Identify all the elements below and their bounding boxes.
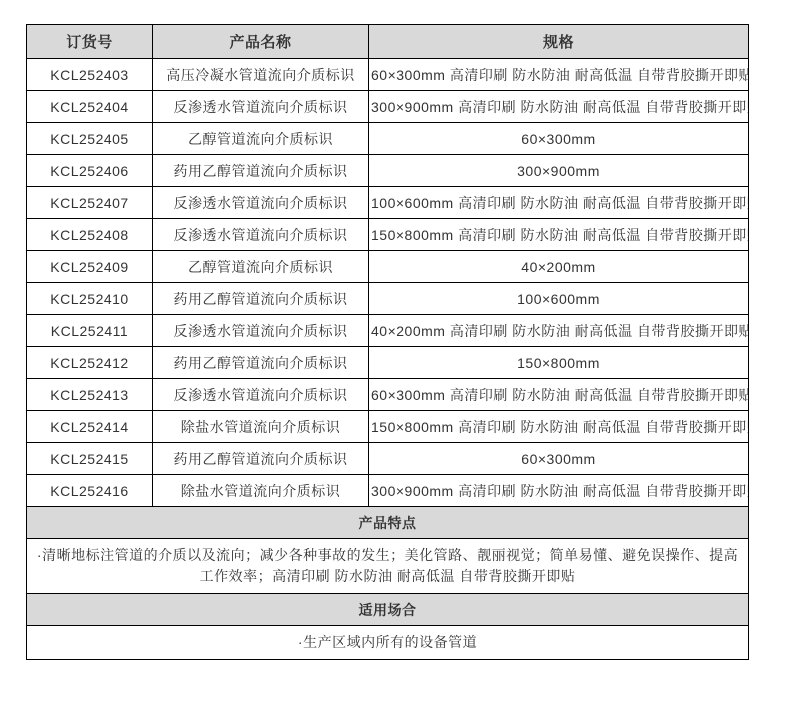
cell-spec: 60×300mm <box>369 123 749 155</box>
cell-spec: 100×600mm <box>369 283 749 315</box>
cell-order-no: KCL252404 <box>27 91 153 123</box>
cell-product-name: 除盐水管道流向介质标识 <box>153 411 369 443</box>
cell-product-name: 反渗透水管道流向介质标识 <box>153 379 369 411</box>
table-row: KCL252403 高压冷凝水管道流向介质标识 60×300mm 高清印刷 防水… <box>27 59 749 91</box>
cell-spec: 300×900mm <box>369 155 749 187</box>
cell-order-no: KCL252408 <box>27 219 153 251</box>
column-header-order-no: 订货号 <box>27 25 153 59</box>
cell-spec: 300×900mm 高清印刷 防水防油 耐高低温 自带背胶撕开即贴 <box>369 91 749 123</box>
product-rows: KCL252403 高压冷凝水管道流向介质标识 60×300mm 高清印刷 防水… <box>27 59 749 507</box>
table-row: KCL252416 除盐水管道流向介质标识 300×900mm 高清印刷 防水防… <box>27 475 749 507</box>
table-row: KCL252413 反渗透水管道流向介质标识 60×300mm 高清印刷 防水防… <box>27 379 749 411</box>
cell-order-no: KCL252412 <box>27 347 153 379</box>
cell-order-no: KCL252411 <box>27 315 153 347</box>
usage-section: 适用场合 ·生产区域内所有的设备管道 <box>27 594 749 660</box>
table-row: KCL252404 反渗透水管道流向介质标识 300×900mm 高清印刷 防水… <box>27 91 749 123</box>
cell-order-no: KCL252410 <box>27 283 153 315</box>
table-row: KCL252408 反渗透水管道流向介质标识 150×800mm 高清印刷 防水… <box>27 219 749 251</box>
cell-product-name: 反渗透水管道流向介质标识 <box>153 219 369 251</box>
cell-product-name: 药用乙醇管道流向介质标识 <box>153 443 369 475</box>
table-row: KCL252414 除盐水管道流向介质标识 150×800mm 高清印刷 防水防… <box>27 411 749 443</box>
cell-product-name: 反渗透水管道流向介质标识 <box>153 187 369 219</box>
cell-spec: 60×300mm 高清印刷 防水防油 耐高低温 自带背胶撕开即贴 <box>369 379 749 411</box>
cell-order-no: KCL252415 <box>27 443 153 475</box>
usage-section-title: 适用场合 <box>27 594 749 626</box>
table-row: KCL252409 乙醇管道流向介质标识 40×200mm <box>27 251 749 283</box>
column-header-product-name: 产品名称 <box>153 25 369 59</box>
column-header-spec: 规格 <box>369 25 749 59</box>
cell-spec: 40×200mm <box>369 251 749 283</box>
cell-product-name: 药用乙醇管道流向介质标识 <box>153 155 369 187</box>
table-row: KCL252412 药用乙醇管道流向介质标识 150×800mm <box>27 347 749 379</box>
cell-spec: 300×900mm 高清印刷 防水防油 耐高低温 自带背胶撕开即贴 <box>369 475 749 507</box>
product-spec-table: 订货号 产品名称 规格 KCL252403 高压冷凝水管道流向介质标识 60×3… <box>26 24 749 660</box>
cell-spec: 150×800mm <box>369 347 749 379</box>
cell-product-name: 除盐水管道流向介质标识 <box>153 475 369 507</box>
cell-order-no: KCL252409 <box>27 251 153 283</box>
cell-order-no: KCL252403 <box>27 59 153 91</box>
cell-spec: 100×600mm 高清印刷 防水防油 耐高低温 自带背胶撕开即贴 <box>369 187 749 219</box>
features-section-title: 产品特点 <box>27 507 749 539</box>
features-section: 产品特点 ·清晰地标注管道的介质以及流向；减少各种事故的发生；美化管路、靓丽视觉… <box>27 507 749 594</box>
header-row: 订货号 产品名称 规格 <box>27 25 749 59</box>
cell-spec: 150×800mm 高清印刷 防水防油 耐高低温 自带背胶撕开即贴 <box>369 411 749 443</box>
table-row: KCL252405 乙醇管道流向介质标识 60×300mm <box>27 123 749 155</box>
features-text: ·清晰地标注管道的介质以及流向；减少各种事故的发生；美化管路、靓丽视觉；简单易懂… <box>27 539 749 594</box>
cell-product-name: 药用乙醇管道流向介质标识 <box>153 283 369 315</box>
features-title-row: 产品特点 <box>27 507 749 539</box>
table-row: KCL252406 药用乙醇管道流向介质标识 300×900mm <box>27 155 749 187</box>
cell-order-no: KCL252413 <box>27 379 153 411</box>
usage-title-row: 适用场合 <box>27 594 749 626</box>
cell-order-no: KCL252416 <box>27 475 153 507</box>
cell-spec: 60×300mm <box>369 443 749 475</box>
cell-product-name: 反渗透水管道流向介质标识 <box>153 91 369 123</box>
cell-order-no: KCL252407 <box>27 187 153 219</box>
cell-product-name: 药用乙醇管道流向介质标识 <box>153 347 369 379</box>
cell-spec: 60×300mm 高清印刷 防水防油 耐高低温 自带背胶撕开即贴 <box>369 59 749 91</box>
cell-product-name: 乙醇管道流向介质标识 <box>153 251 369 283</box>
table-row: KCL252411 反渗透水管道流向介质标识 40×200mm 高清印刷 防水防… <box>27 315 749 347</box>
cell-order-no: KCL252405 <box>27 123 153 155</box>
cell-spec: 150×800mm 高清印刷 防水防油 耐高低温 自带背胶撕开即贴 <box>369 219 749 251</box>
cell-order-no: KCL252406 <box>27 155 153 187</box>
features-text-row: ·清晰地标注管道的介质以及流向；减少各种事故的发生；美化管路、靓丽视觉；简单易懂… <box>27 539 749 594</box>
table-row: KCL252407 反渗透水管道流向介质标识 100×600mm 高清印刷 防水… <box>27 187 749 219</box>
usage-text-row: ·生产区域内所有的设备管道 <box>27 626 749 660</box>
table-row: KCL252415 药用乙醇管道流向介质标识 60×300mm <box>27 443 749 475</box>
cell-spec: 40×200mm 高清印刷 防水防油 耐高低温 自带背胶撕开即贴 <box>369 315 749 347</box>
cell-product-name: 反渗透水管道流向介质标识 <box>153 315 369 347</box>
table-header: 订货号 产品名称 规格 <box>27 25 749 59</box>
cell-product-name: 乙醇管道流向介质标识 <box>153 123 369 155</box>
cell-product-name: 高压冷凝水管道流向介质标识 <box>153 59 369 91</box>
table-row: KCL252410 药用乙醇管道流向介质标识 100×600mm <box>27 283 749 315</box>
usage-text: ·生产区域内所有的设备管道 <box>27 626 749 660</box>
cell-order-no: KCL252414 <box>27 411 153 443</box>
